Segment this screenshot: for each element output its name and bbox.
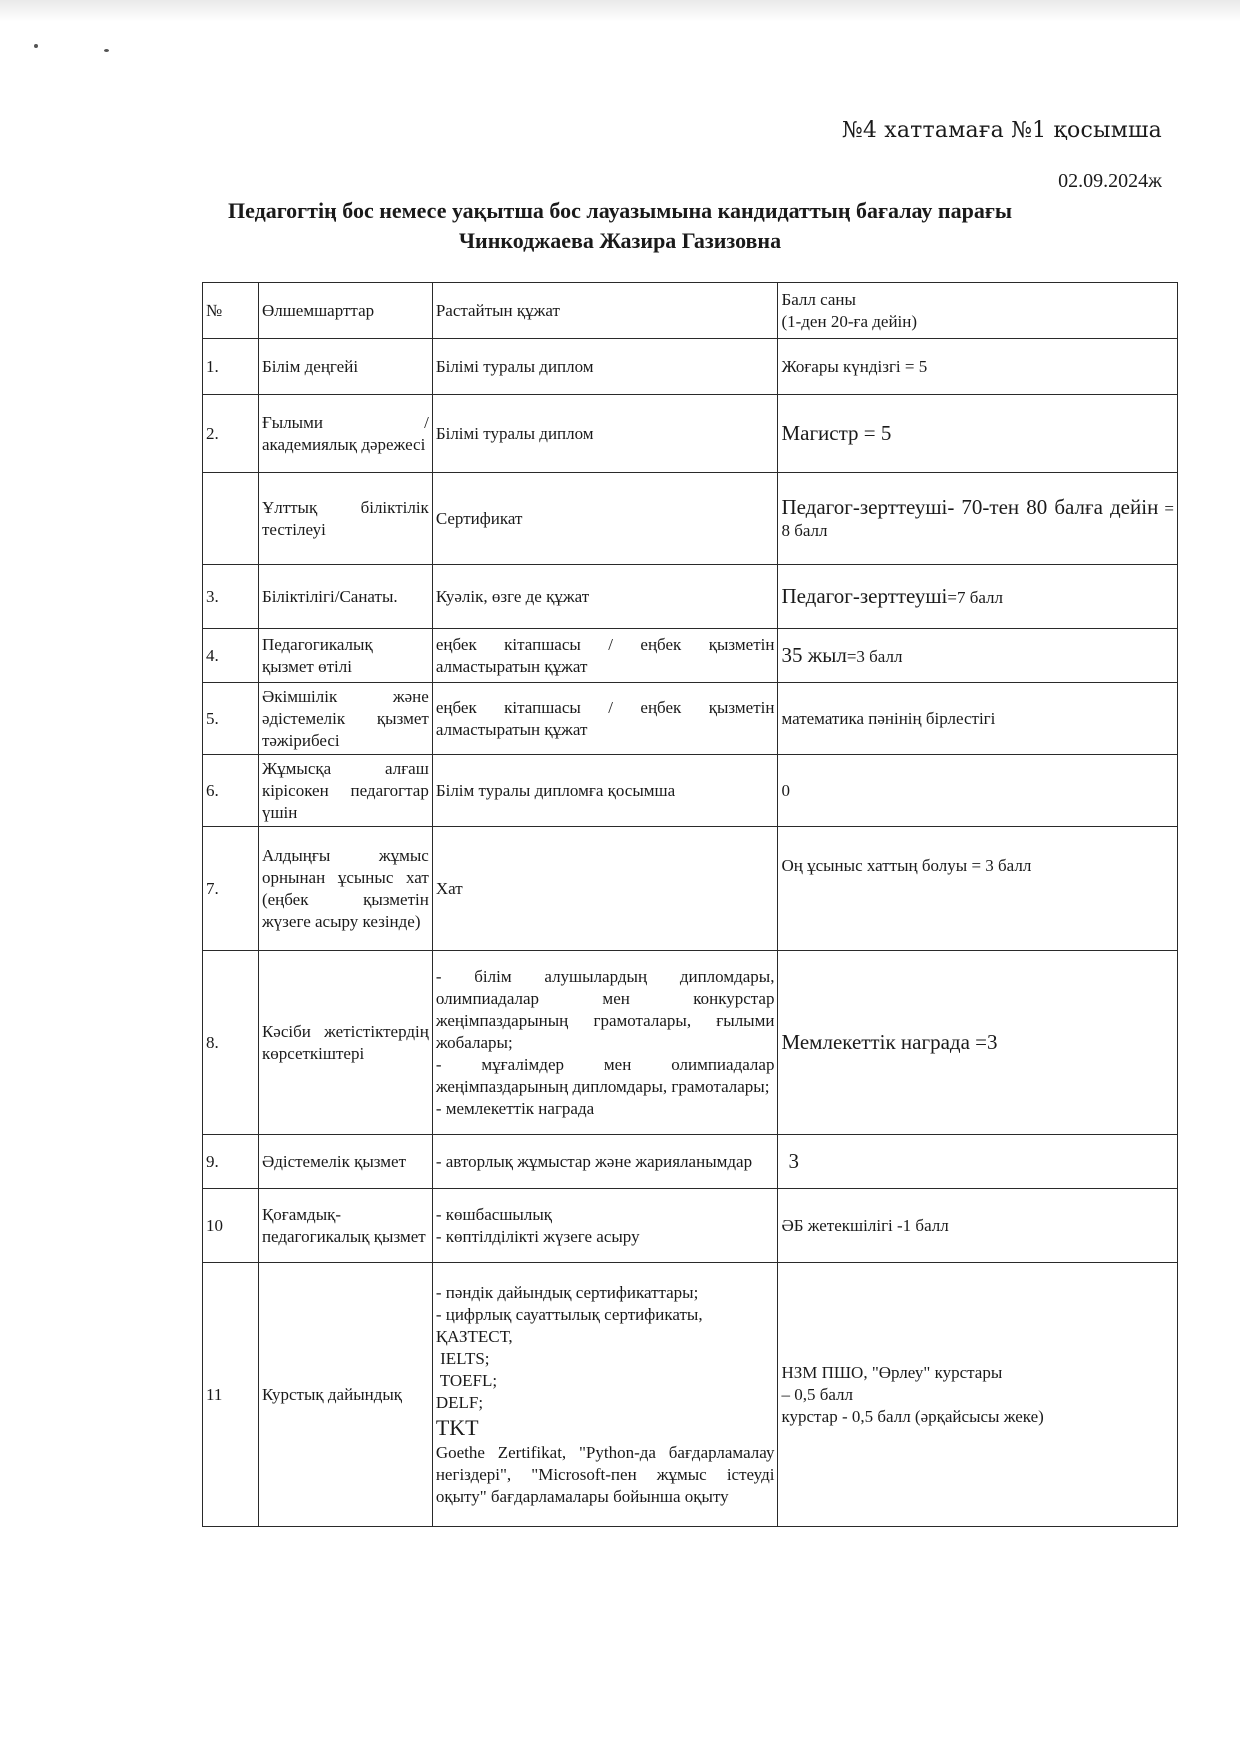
- score-line: – 0,5 балл: [781, 1384, 1174, 1406]
- table-row: 9. Әдістемелік қызмет - авторлық жұмыста…: [203, 1135, 1178, 1189]
- row-num: 6.: [203, 755, 259, 827]
- row-score-main: Педагог-зерттеуші- 70-тен 80 балға дейін: [781, 495, 1158, 519]
- row-criteria: Әдістемелік қызмет: [258, 1135, 432, 1189]
- row-score-text: 3: [788, 1149, 799, 1173]
- row-num: 11: [203, 1263, 259, 1527]
- table-row: 4. Педагогикалық қызмет өтілі еңбек кіта…: [203, 629, 1178, 683]
- row-score-points: =7 балл: [947, 588, 1003, 607]
- row-score-main: Педагог-зерттеуші: [781, 584, 947, 608]
- row-score-main: 35 жыл: [781, 643, 846, 667]
- row-score-text: Оң ұсыныс хаттың болуы = 3 балл: [781, 856, 1031, 875]
- row-num: 9.: [203, 1135, 259, 1189]
- header-criteria: Өлшемшарттар: [258, 283, 432, 339]
- row-document: - авторлық жұмыстар және жарияланымдар: [432, 1135, 778, 1189]
- row-criteria: Ұлттық біліктілік тестілеуі: [258, 473, 432, 565]
- row-score-text: Магистр = 5: [781, 421, 891, 445]
- row-score: Педагог-зерттеуші- 70-тен 80 балға дейін…: [778, 473, 1178, 565]
- row-document: еңбек кітапшасы / еңбек қызметін алмасты…: [432, 683, 778, 755]
- row-score: Педагог-зерттеуші=7 балл: [778, 565, 1178, 629]
- score-line: НЗМ ПШО, "Өрлеу" курстары: [781, 1362, 1174, 1384]
- row-num: 5.: [203, 683, 259, 755]
- scan-shadow: [0, 0, 1240, 22]
- row-num: 4.: [203, 629, 259, 683]
- table-row: 1. Білім деңгейі Білімі туралы диплом Жо…: [203, 339, 1178, 395]
- row-document: еңбек кітапшасы / еңбек қызметін алмасты…: [432, 629, 778, 683]
- evaluation-table: № Өлшемшарттар Растайтын құжат Балл саны…: [202, 282, 1178, 1527]
- row-criteria: Курстық дайындық: [258, 1263, 432, 1527]
- header-document: Растайтын құжат: [432, 283, 778, 339]
- document-line: - көшбасшылық: [436, 1204, 775, 1226]
- document-line: - мемлекеттік награда: [436, 1098, 775, 1120]
- document-line: TKT: [436, 1414, 775, 1442]
- row-document: - пәндік дайындық сертификаттары; - цифр…: [432, 1263, 778, 1527]
- title-line-1: Педагогтің бос немесе уақытша бос лауазы…: [180, 196, 1060, 226]
- annex-label: №4 хаттамаға №1 қосымша: [842, 118, 1162, 143]
- row-score: 0: [778, 755, 1178, 827]
- header-num: №: [203, 283, 259, 339]
- row-document: - көшбасшылық - көптілділікті жүзеге асы…: [432, 1189, 778, 1263]
- table-row: 5. Әкімшілік және әдістемелік қызмет тәж…: [203, 683, 1178, 755]
- row-criteria: Біліктілігі/Санаты.: [258, 565, 432, 629]
- row-document: Білімі туралы диплом: [432, 339, 778, 395]
- row-num: 8.: [203, 951, 259, 1135]
- document-line: - көптілділікті жүзеге асыру: [436, 1226, 775, 1248]
- document-line: Goethe Zertifikat, "Python-да бағдарлама…: [436, 1442, 775, 1508]
- table-row: 11 Курстық дайындық - пәндік дайындық се…: [203, 1263, 1178, 1527]
- table-row: 8. Кәсіби жетістіктердің көрсеткіштері -…: [203, 951, 1178, 1135]
- table-row: 6. Жұмысқа алғаш кірісокен педагогтар үш…: [203, 755, 1178, 827]
- document-line: DELF;: [436, 1392, 775, 1414]
- row-score-text: Мемлекеттік награда =3: [781, 1030, 997, 1054]
- table-row: Ұлттық біліктілік тестілеуі Сертификат П…: [203, 473, 1178, 565]
- document-title: Педагогтің бос немесе уақытша бос лауазы…: [180, 196, 1060, 256]
- row-document: Куәлік, өзге де құжат: [432, 565, 778, 629]
- row-score: 3: [778, 1135, 1178, 1189]
- row-criteria: Педагогикалық қызмет өтілі: [258, 629, 432, 683]
- row-document: Білім туралы дипломға қосымша: [432, 755, 778, 827]
- row-score: математика пәнінің бірлестігі: [778, 683, 1178, 755]
- scan-speck: [104, 49, 109, 52]
- row-num: 1.: [203, 339, 259, 395]
- table-row: 2. Ғылыми / академиялық дәрежесі Білімі …: [203, 395, 1178, 473]
- header-score-line1: Балл саны: [781, 289, 1174, 311]
- row-score: 35 жыл=3 балл: [778, 629, 1178, 683]
- table-row: 10 Қоғамдық-педагогикалық қызмет - көшба…: [203, 1189, 1178, 1263]
- table-header-row: № Өлшемшарттар Растайтын құжат Балл саны…: [203, 283, 1178, 339]
- row-document: - білім алушылардың дипломдары, олимпиад…: [432, 951, 778, 1135]
- row-criteria: Ғылыми / академиялық дәрежесі: [258, 395, 432, 473]
- document-date: 02.09.2024ж: [1058, 170, 1162, 193]
- row-num: 2.: [203, 395, 259, 473]
- document-line: TOEFL;: [436, 1370, 775, 1392]
- candidate-name: Чинкоджаева Жазира Газизовна: [180, 226, 1060, 256]
- document-line: - цифрлық сауаттылық сертификаты,: [436, 1304, 775, 1326]
- row-score: Магистр = 5: [778, 395, 1178, 473]
- row-score: Жоғары күндізгі = 5: [778, 339, 1178, 395]
- document-line: IELTS;: [436, 1348, 775, 1370]
- row-criteria: Қоғамдық-педагогикалық қызмет: [258, 1189, 432, 1263]
- header-score-line2: (1-ден 20-ға дейін): [781, 311, 1174, 333]
- document-line: - пәндік дайындық сертификаттары;: [436, 1282, 775, 1304]
- row-criteria: Жұмысқа алғаш кірісокен педагогтар үшін: [258, 755, 432, 827]
- document-line: - білім алушылардың дипломдары, олимпиад…: [436, 966, 775, 1054]
- row-score-points: =3 балл: [847, 647, 903, 666]
- document-line: - мұғалімдер мен олимпиадалар жеңімпазда…: [436, 1054, 775, 1098]
- row-criteria: Кәсіби жетістіктердің көрсеткіштері: [258, 951, 432, 1135]
- header-score: Балл саны (1-ден 20-ға дейін): [778, 283, 1178, 339]
- row-document: Сертификат: [432, 473, 778, 565]
- row-score: Мемлекеттік награда =3: [778, 951, 1178, 1135]
- row-score: Оң ұсыныс хаттың болуы = 3 балл: [778, 827, 1178, 951]
- score-line: курстар - 0,5 балл (әрқайсысы жеке): [781, 1406, 1174, 1428]
- table-row: 3. Біліктілігі/Санаты. Куәлік, өзге де қ…: [203, 565, 1178, 629]
- row-score: ӘБ жетекшілігі -1 балл: [778, 1189, 1178, 1263]
- row-criteria: Білім деңгейі: [258, 339, 432, 395]
- row-score: НЗМ ПШО, "Өрлеу" курстары – 0,5 балл кур…: [778, 1263, 1178, 1527]
- row-document: Хат: [432, 827, 778, 951]
- row-num: 10: [203, 1189, 259, 1263]
- row-criteria: Әкімшілік және әдістемелік қызмет тәжіри…: [258, 683, 432, 755]
- document-line: ҚАЗТЕСТ,: [436, 1326, 775, 1348]
- table-row: 7. Алдыңғы жұмыс орнынан ұсыныс хат (еңб…: [203, 827, 1178, 951]
- row-document: Білімі туралы диплом: [432, 395, 778, 473]
- row-num: 3.: [203, 565, 259, 629]
- row-criteria: Алдыңғы жұмыс орнынан ұсыныс хат (еңбек …: [258, 827, 432, 951]
- row-num: [203, 473, 259, 565]
- row-num: 7.: [203, 827, 259, 951]
- scan-speck: [34, 44, 38, 48]
